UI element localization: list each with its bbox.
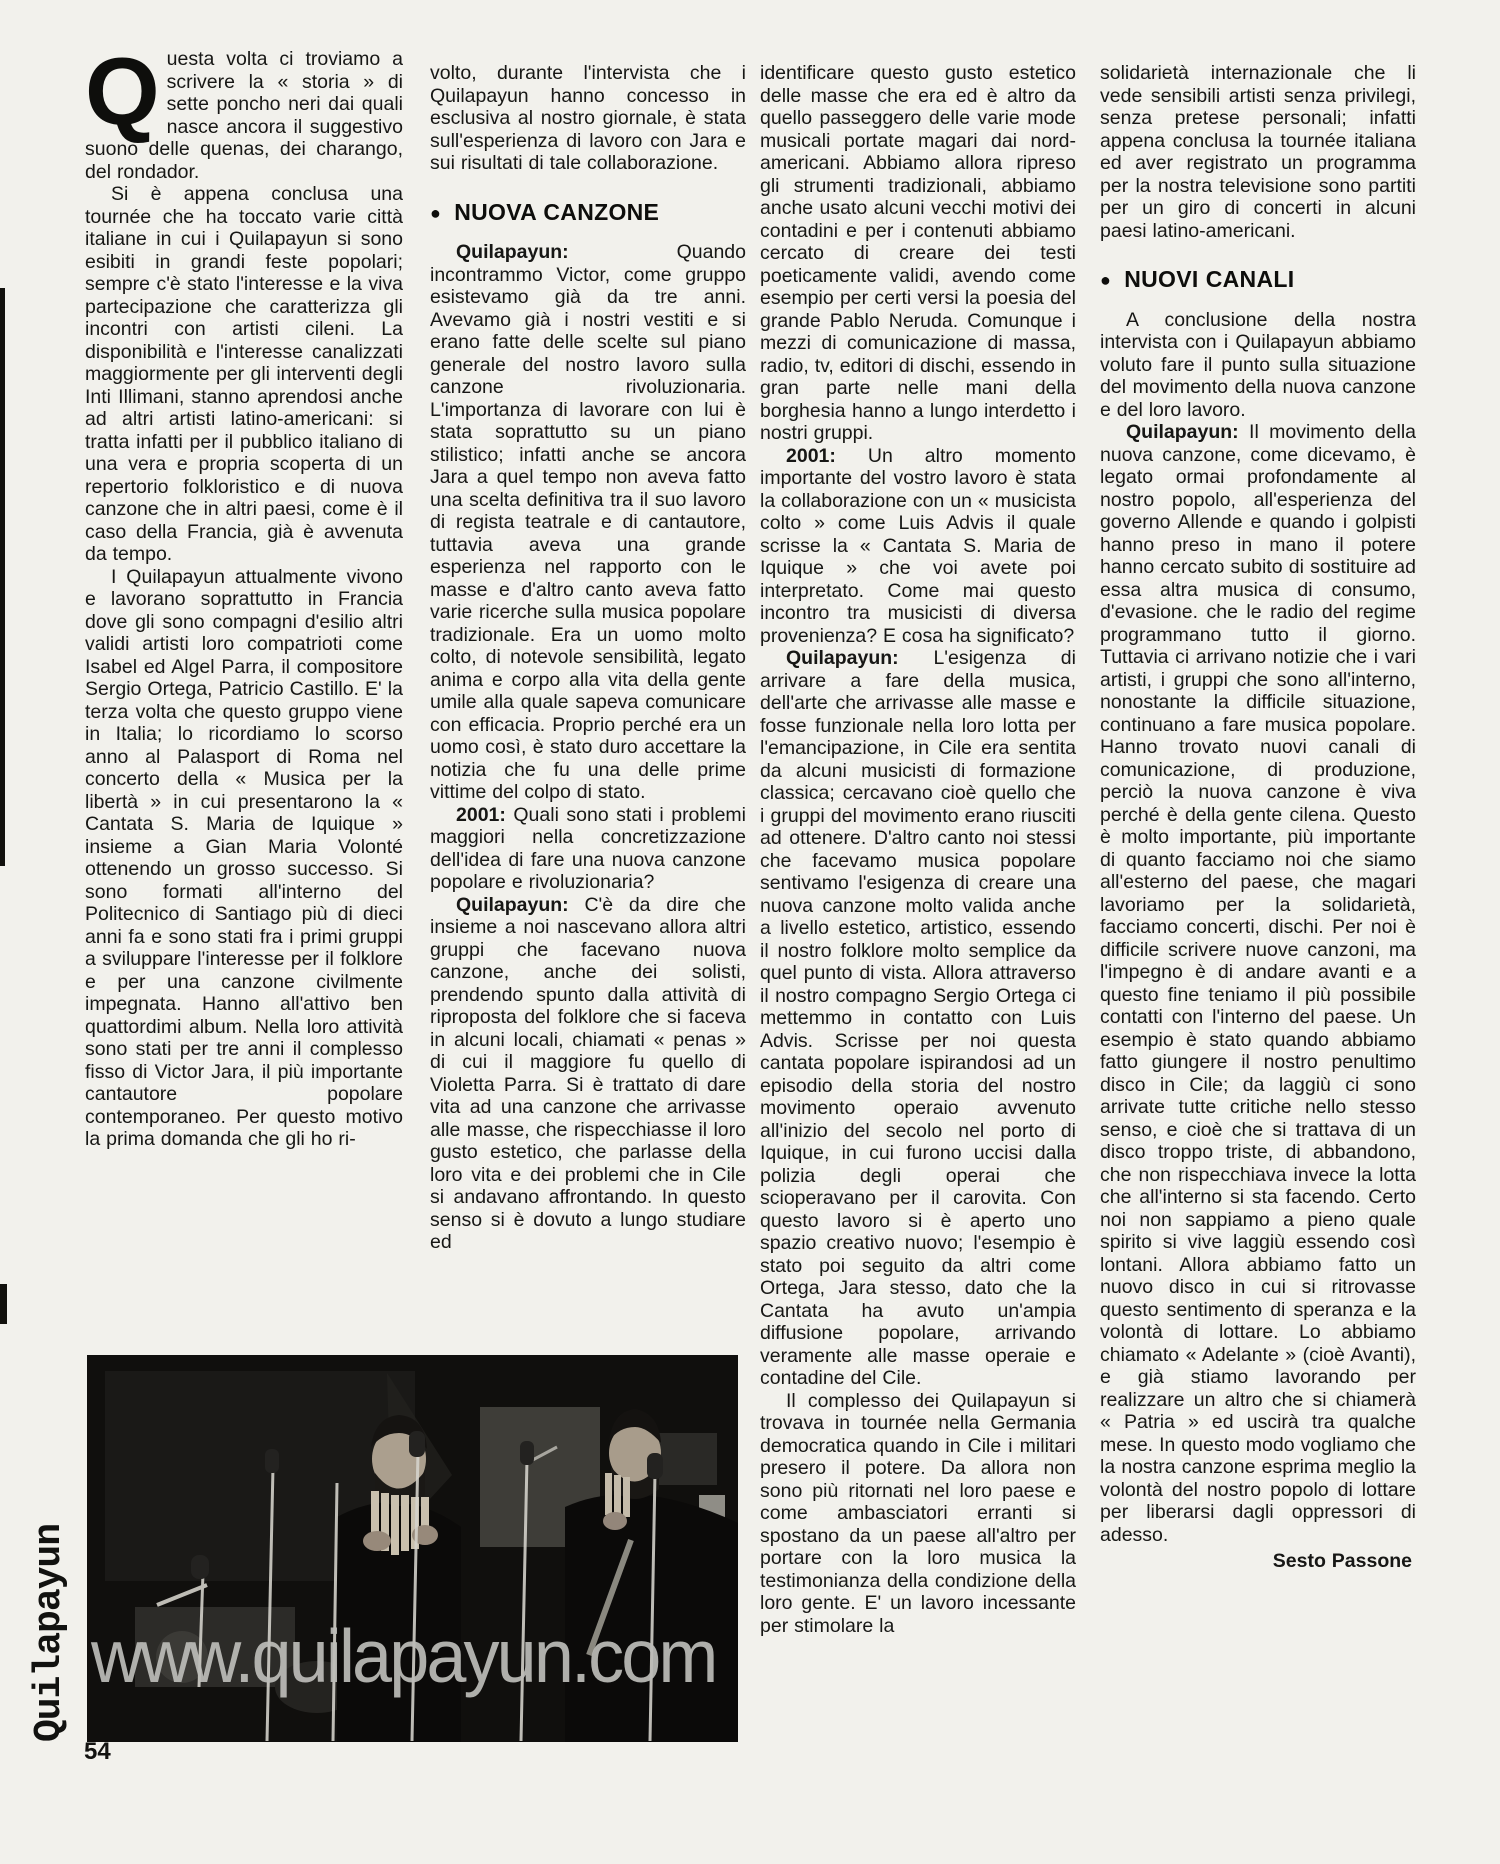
pan-flute-icon: [605, 1473, 630, 1519]
speaker-label: Quilapayun:: [1126, 421, 1239, 443]
bullet-icon: ●: [1100, 270, 1111, 290]
scan-artifact: [0, 288, 5, 866]
section-header-nuova-canzone: ●NUOVA CANZONE: [430, 201, 746, 225]
paragraph: Il complesso dei Quilapayun si trovava i…: [760, 1390, 1076, 1638]
paragraph-text: I Quilapayun attualmente vivono e lavora…: [85, 566, 403, 1151]
article-column-4: solidarietà internazionale che li vede s…: [1100, 62, 1416, 1762]
section-title: NUOVI CANALI: [1124, 266, 1294, 292]
author-signature: Sesto Passone: [1100, 1550, 1412, 1573]
paragraph: A conclusione della nostra intervista co…: [1100, 309, 1416, 422]
bullet-icon: ●: [430, 203, 441, 223]
concert-photo: www.quilapayun.com: [87, 1355, 738, 1742]
magazine-page: { "page": { "number": "54", "vertical_lo…: [0, 0, 1500, 1864]
paragraph-text: Il complesso dei Quilapayun si trovava i…: [760, 1390, 1076, 1637]
page-number: 54: [84, 1738, 111, 1766]
paragraph-text: C'è da dire che insieme a noi nascevano …: [430, 894, 746, 1254]
interview-question: 2001: Quali sono stati i problemi maggio…: [430, 804, 746, 894]
article-column-2: volto, durante l'intervista che i Quilap…: [430, 62, 746, 1362]
paragraph-text: A conclusione della nostra intervista co…: [1100, 309, 1416, 421]
paragraph-text: Quando incontrammo Victor, come gruppo e…: [430, 241, 746, 803]
paragraph-text: solidarietà internazionale che li vede s…: [1100, 62, 1416, 242]
paragraph-text: L'esigenza di arrivare a fare della musi…: [760, 647, 1076, 1389]
paragraph-text: Il movimento della nuova canzone, come d…: [1100, 421, 1416, 1546]
section-header-nuovi-canali: ●NUOVI CANALI: [1100, 268, 1416, 292]
interview-answer: Quilapayun: L'esigenza di arrivare a far…: [760, 647, 1076, 1390]
dropcap-letter: Q: [85, 55, 157, 129]
speaker-label: 2001:: [786, 445, 836, 467]
hand: [363, 1531, 391, 1551]
opening-paragraph: Questa volta ci troviamo a scrivere la «…: [85, 48, 403, 183]
section-title: NUOVA CANZONE: [454, 199, 659, 225]
paragraph-text: volto, durante l'intervista che i Quilap…: [430, 62, 746, 174]
speaker-label: 2001:: [456, 804, 506, 826]
speaker-label: Quilapayun:: [456, 894, 569, 916]
photo-watermark: www.quilapayun.com: [91, 1617, 716, 1695]
paragraph-text: Un altro momento importante del vostro l…: [760, 445, 1076, 647]
speaker-label: Quilapayun:: [786, 647, 899, 669]
hand: [603, 1512, 627, 1530]
interview-question: 2001: Un altro momento importante del vo…: [760, 445, 1076, 648]
paragraph-continuation: solidarietà internazionale che li vede s…: [1100, 62, 1416, 242]
paragraph-continuation: identificare questo gusto estetico delle…: [760, 62, 1076, 445]
paragraph-text: identificare questo gusto estetico delle…: [760, 62, 1076, 444]
interview-answer: Quilapayun: C'è da dire che insieme a no…: [430, 894, 746, 1254]
interview-answer: Quilapayun: Il movimento della nuova can…: [1100, 421, 1416, 1546]
article-column-3: identificare questo gusto estetico delle…: [760, 62, 1076, 1762]
speaker-label: Quilapayun:: [456, 241, 569, 263]
interview-answer: Quilapayun: Quando incontrammo Victor, c…: [430, 241, 746, 804]
paragraph-text: Si è appena conclusa una tournée che ha …: [85, 183, 403, 565]
vertical-logo: Quilapayun: [28, 1502, 71, 1742]
paragraph-continuation: volto, durante l'intervista che i Quilap…: [430, 62, 746, 175]
paragraph: Si è appena conclusa una tournée che ha …: [85, 183, 403, 566]
article-column-1: Questa volta ci troviamo a scrivere la «…: [85, 48, 403, 1298]
paragraph: I Quilapayun attualmente vivono e lavora…: [85, 566, 403, 1151]
scan-artifact: [0, 1284, 7, 1324]
